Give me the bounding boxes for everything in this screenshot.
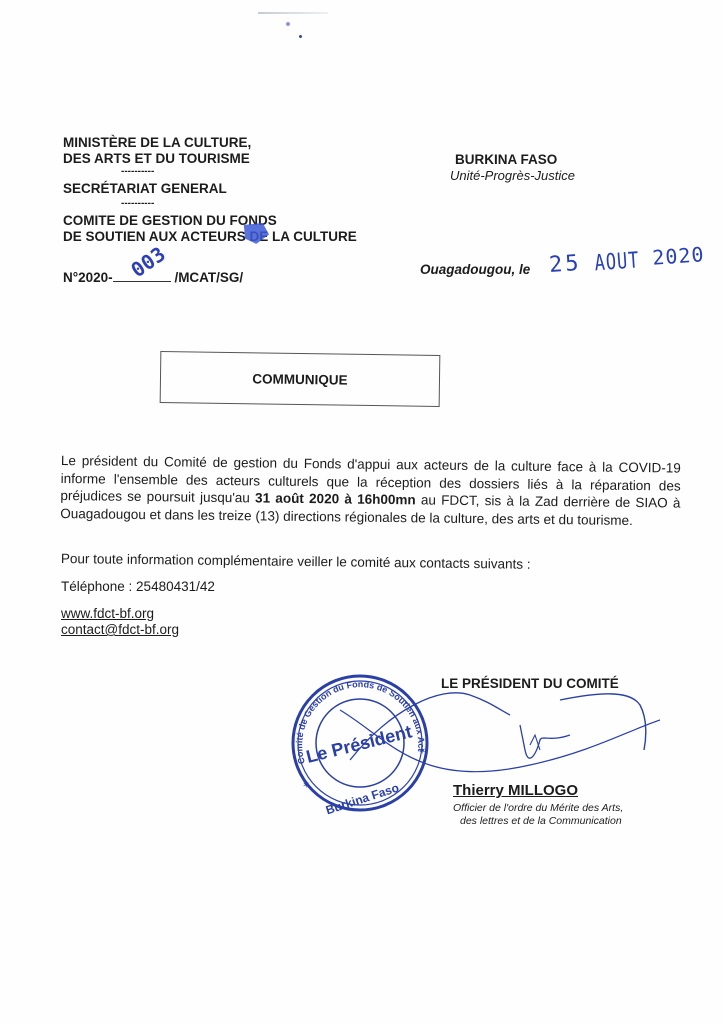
official-stamp: Comité de Gestion du Fonds de Soutien au… xyxy=(280,668,440,818)
document-page: MINISTÈRE DE LA CULTURE, DES ARTS ET DU … xyxy=(0,0,724,1024)
country-name: BURKINA FASO xyxy=(455,152,575,167)
stamp-center-text: Le Président xyxy=(304,721,414,767)
deadline: 31 août 2020 à 16h00mn xyxy=(255,491,416,508)
separator: ---------- xyxy=(121,167,357,177)
place-label: Ouagadougou, le xyxy=(420,262,530,277)
scan-speck xyxy=(286,22,290,26)
distinction-line1: Officier de l'ordre du Mérite des Arts, xyxy=(453,802,623,815)
contact-intro: Pour toute information complémentaire ve… xyxy=(61,551,531,572)
announcement-paragraph: Le président du Comité de gestion du Fon… xyxy=(60,452,681,530)
svg-text:✶: ✶ xyxy=(418,746,426,757)
email-link[interactable]: contact@fdct-bf.org xyxy=(61,622,179,638)
title-box: COMMUNIQUE xyxy=(160,351,441,407)
ministry-name-line1: MINISTÈRE DE LA CULTURE, xyxy=(63,135,357,151)
contact-links: www.fdct-bf.org contact@fdct-bf.org xyxy=(61,606,179,638)
date-month: AOUT xyxy=(594,248,641,277)
ministry-name-line2: DES ARTS ET DU TOURISME xyxy=(63,151,357,167)
phone-number: Téléphone : 25480431/42 xyxy=(61,579,215,594)
separator: ---------- xyxy=(121,199,357,209)
committee-name-line2: DE SOUTIEN AUX ACTEURS DE LA CULTURE xyxy=(63,229,357,245)
website-link[interactable]: www.fdct-bf.org xyxy=(61,606,179,622)
scan-speck xyxy=(299,35,302,38)
date-day: 25 xyxy=(548,251,582,278)
date-stamp: 25 AOUT 2020 xyxy=(548,242,705,278)
ministry-header: MINISTÈRE DE LA CULTURE, DES ARTS ET DU … xyxy=(63,135,357,245)
date-year: 2020 xyxy=(652,242,706,270)
signatory-distinction: Officier de l'ordre du Mérite des Arts, … xyxy=(453,802,623,828)
secretariat-name: SECRÉTARIAT GENERAL xyxy=(63,181,357,197)
ref-prefix: N°2020- xyxy=(63,270,113,285)
svg-text:✶: ✶ xyxy=(302,780,310,791)
distinction-line2: des lettres et de la Communication xyxy=(453,815,623,828)
scan-artifact-line xyxy=(258,12,328,14)
stamp-bottom-text: Burkina Faso xyxy=(324,781,401,818)
committee-name-line1: COMITE DE GESTION DU FONDS xyxy=(63,213,357,229)
announcement-body: Le président du Comité de gestion du Fon… xyxy=(60,452,681,530)
document-title: COMMUNIQUE xyxy=(161,370,439,389)
country-motto: Unité-Progrès-Justice xyxy=(450,168,575,183)
ref-suffix: /MCAT/SG/ xyxy=(171,270,244,285)
country-header: BURKINA FASO Unité-Progrès-Justice xyxy=(455,152,575,183)
signatory-name: Thierry MILLOGO xyxy=(453,782,578,799)
